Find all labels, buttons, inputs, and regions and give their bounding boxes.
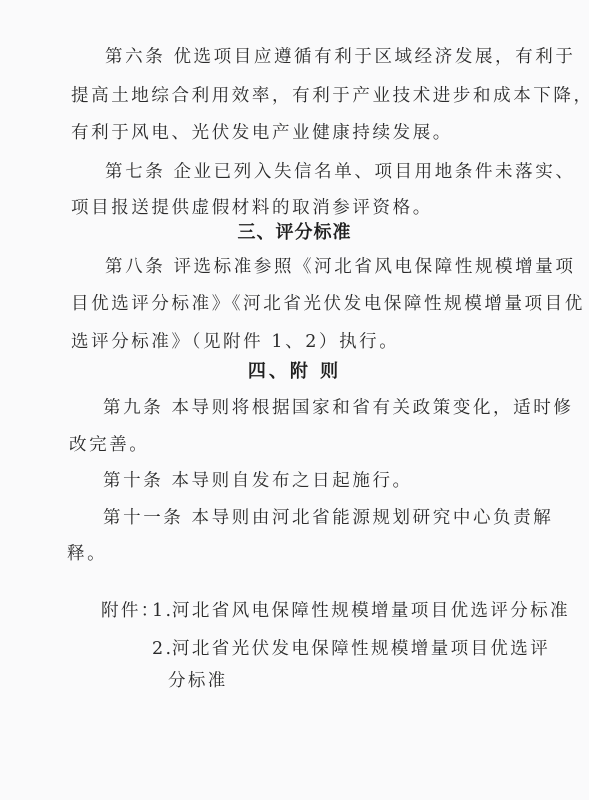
article-7-line-1: 第七条 企业已列入失信名单、项目用地条件未落实、 bbox=[105, 160, 575, 184]
article-6-line-3: 有利于风电、光伏发电产业健康持续发展。 bbox=[71, 121, 453, 145]
document-page: 第六条 优选项目应遵循有利于区域经济发展，有利于 提高土地综合利用效率，有利于产… bbox=[0, 0, 589, 800]
article-11-line-1: 第十一条 本导则由河北省能源规划研究中心负责解 bbox=[103, 506, 553, 530]
article-6-line-2: 提高土地综合利用效率，有利于产业技术进步和成本下降， bbox=[71, 84, 589, 108]
article-7-line-2: 项目报送提供虚假材料的取消参评资格。 bbox=[71, 196, 433, 220]
article-8-line-2: 目优选评分标准》《河北省光伏发电保障性规模增量项目优 bbox=[71, 292, 585, 316]
attachment-1-number: 1. bbox=[152, 599, 174, 623]
attachment-2-title-line-1: 河北省光伏发电保障性规模增量项目优选评 bbox=[172, 637, 550, 661]
article-6-line-1: 第六条 优选项目应遵循有利于区域经济发展，有利于 bbox=[105, 45, 575, 69]
section-heading-scoring-criteria: 三、评分标准 bbox=[0, 221, 589, 245]
attachment-1-title: 河北省风电保障性规模增量项目优选评分标准 bbox=[172, 599, 570, 623]
attachment-2-title-line-2: 分标准 bbox=[168, 669, 228, 693]
article-8-line-1: 第八条 评选标准参照《河北省风电保障性规模增量项 bbox=[105, 255, 575, 279]
section-heading-supplementary-provisions: 四、附 则 bbox=[0, 360, 589, 384]
article-11-line-2: 释。 bbox=[67, 542, 107, 566]
article-9-line-1: 第九条 本导则将根据国家和省有关政策变化，适时修 bbox=[103, 396, 573, 420]
article-8-line-3: 选评分标准》（见附件 1、2）执行。 bbox=[71, 330, 399, 354]
article-9-line-2: 改完善。 bbox=[69, 433, 149, 457]
attachment-2-number: 2. bbox=[152, 637, 174, 661]
article-10-line-1: 第十条 本导则自发布之日起施行。 bbox=[103, 469, 413, 493]
